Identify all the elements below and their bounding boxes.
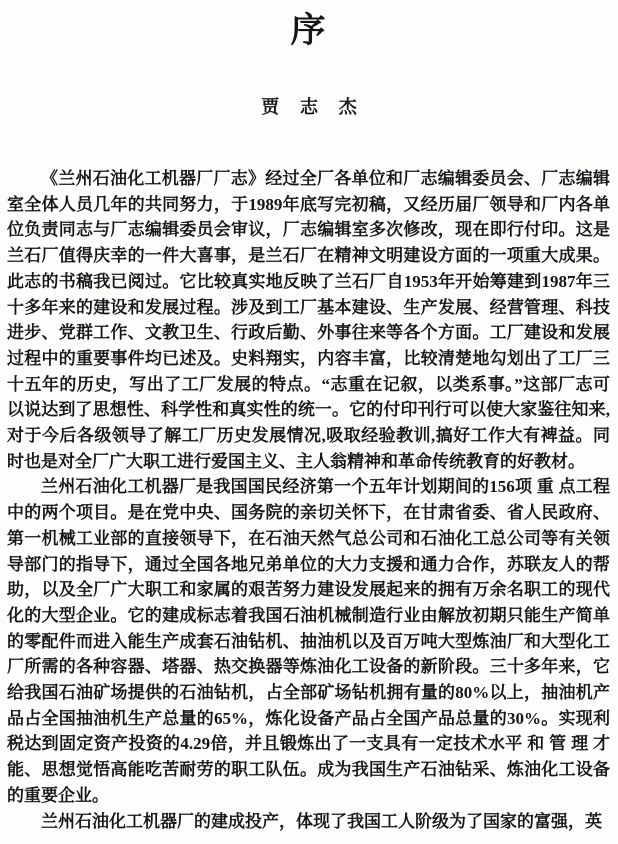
paragraph: 兰州石油化工机器厂的建成投产，体现了我国工人阶级为了国家的富强，英	[7, 809, 610, 835]
author-name: 贾 志 杰	[0, 95, 618, 120]
book-page: 序 贾 志 杰 《兰州石油化工机器厂厂志》经过全厂各单位和厂志编辑委员会、厂志编…	[0, 0, 618, 844]
paragraph: 兰州石油化工机器厂是我国国民经济第一个五年计划期间的156项 重 点工程中的两个…	[7, 474, 610, 808]
preface-body: 《兰州石油化工机器厂厂志》经过全厂各单位和厂志编辑委员会、厂志编辑室全体人员几年…	[7, 166, 610, 834]
page-title: 序	[0, 0, 618, 50]
paragraph: 《兰州石油化工机器厂厂志》经过全厂各单位和厂志编辑委员会、厂志编辑室全体人员几年…	[7, 166, 610, 474]
